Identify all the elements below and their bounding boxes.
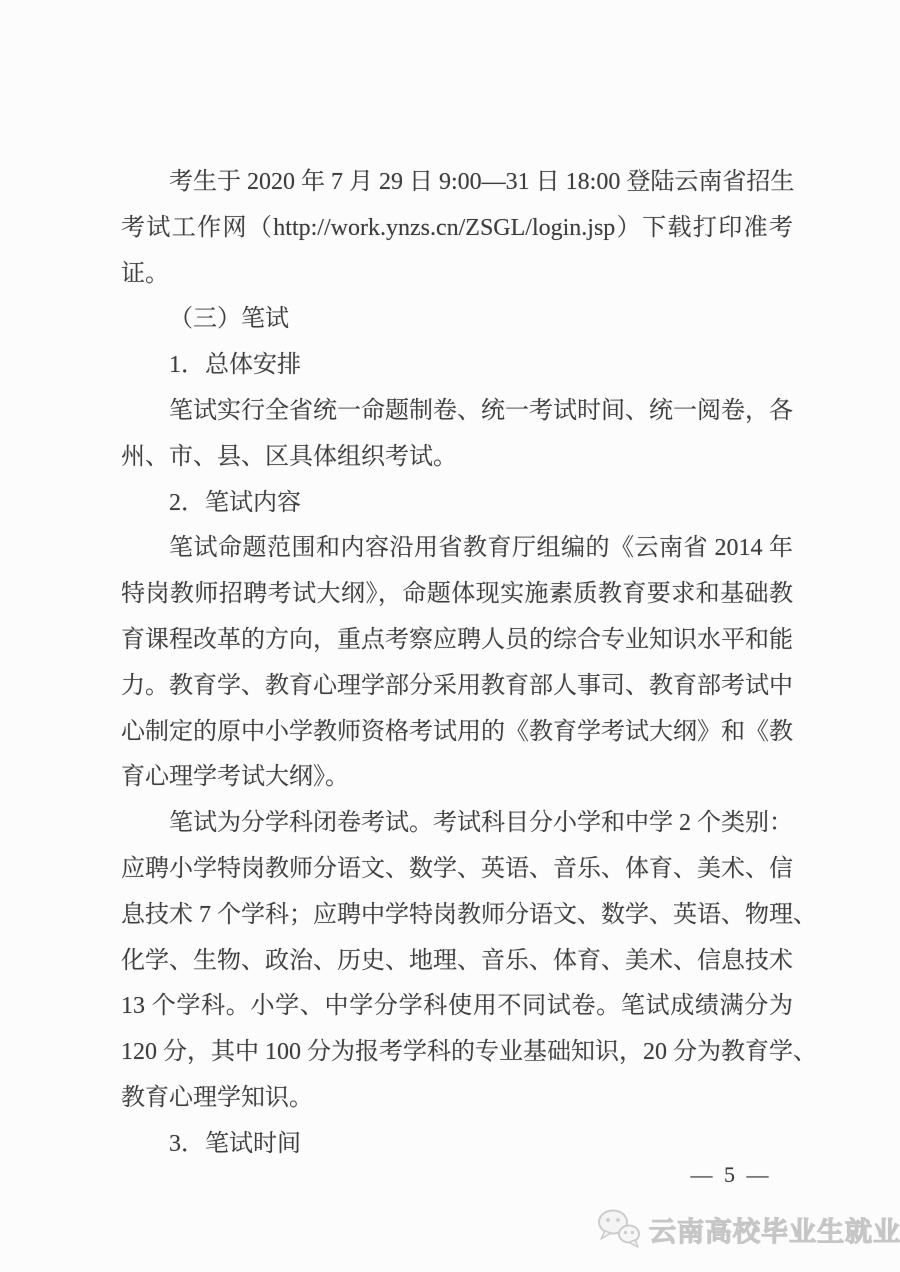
paragraph-line: 育心理学考试大纲》。 <box>121 755 793 801</box>
subsection-heading-overall-arrangement: 1．总体安排 <box>121 343 793 389</box>
subsection-heading-test-content: 2．笔试内容 <box>121 481 793 527</box>
page-number: — 5 — <box>669 1162 793 1188</box>
document-page: 考生于 2020 年 7 月 29 日 9:00—31 日 18:00 登陆云南… <box>0 0 900 1272</box>
paragraph-line: 教育心理学知识。 <box>121 1076 793 1122</box>
subsection-heading-test-time: 3．笔试时间 <box>121 1122 793 1168</box>
paragraph-line: 笔试命题范围和内容沿用省教育厅组编的《云南省 2014 年 <box>121 526 793 572</box>
paragraph-line: 特岗教师招聘考试大纲》，命题体现实施素质教育要求和基础教 <box>121 572 793 618</box>
paragraph-line: 13 个学科。小学、中学分学科使用不同试卷。笔试成绩满分为 <box>121 984 793 1030</box>
paragraph-line: 证。 <box>121 252 793 298</box>
paragraph-line: 120 分，其中 100 分为报考学科的专业基础知识，20 分为教育学、 <box>121 1030 793 1076</box>
paragraph-line: 息技术 7 个学科；应聘中学特岗教师分语文、数学、英语、物理、 <box>121 893 793 939</box>
watermark: 云南高校毕业生就业网 <box>594 1204 900 1254</box>
wechat-bubbles-icon <box>594 1204 644 1254</box>
paragraph-line: 考试工作网（http://work.ynzs.cn/ZSGL/login.jsp… <box>121 206 793 252</box>
watermark-text: 云南高校毕业生就业网 <box>649 1210 900 1249</box>
paragraph-line: 州、市、县、区具体组织考试。 <box>121 435 793 481</box>
paragraph-line: 应聘小学特岗教师分语文、数学、英语、音乐、体育、美术、信 <box>121 847 793 893</box>
paragraph-line: 心制定的原中小学教师资格考试用的《教育学考试大纲》和《教 <box>121 710 793 756</box>
document-body: 考生于 2020 年 7 月 29 日 9:00—31 日 18:00 登陆云南… <box>121 160 793 1168</box>
paragraph-line: 考生于 2020 年 7 月 29 日 9:00—31 日 18:00 登陆云南… <box>121 160 793 206</box>
paragraph-line: 化学、生物、政治、历史、地理、音乐、体育、美术、信息技术 <box>121 939 793 985</box>
section-heading-written-test: （三）笔试 <box>121 297 793 343</box>
paragraph-line: 育课程改革的方向，重点考察应聘人员的综合专业知识水平和能 <box>121 618 793 664</box>
paragraph-line: 笔试为分学科闭卷考试。考试科目分小学和中学 2 个类别： <box>121 801 793 847</box>
paragraph-line: 笔试实行全省统一命题制卷、统一考试时间、统一阅卷，各 <box>121 389 793 435</box>
paragraph-line: 力。教育学、教育心理学部分采用教育部人事司、教育部考试中 <box>121 664 793 710</box>
